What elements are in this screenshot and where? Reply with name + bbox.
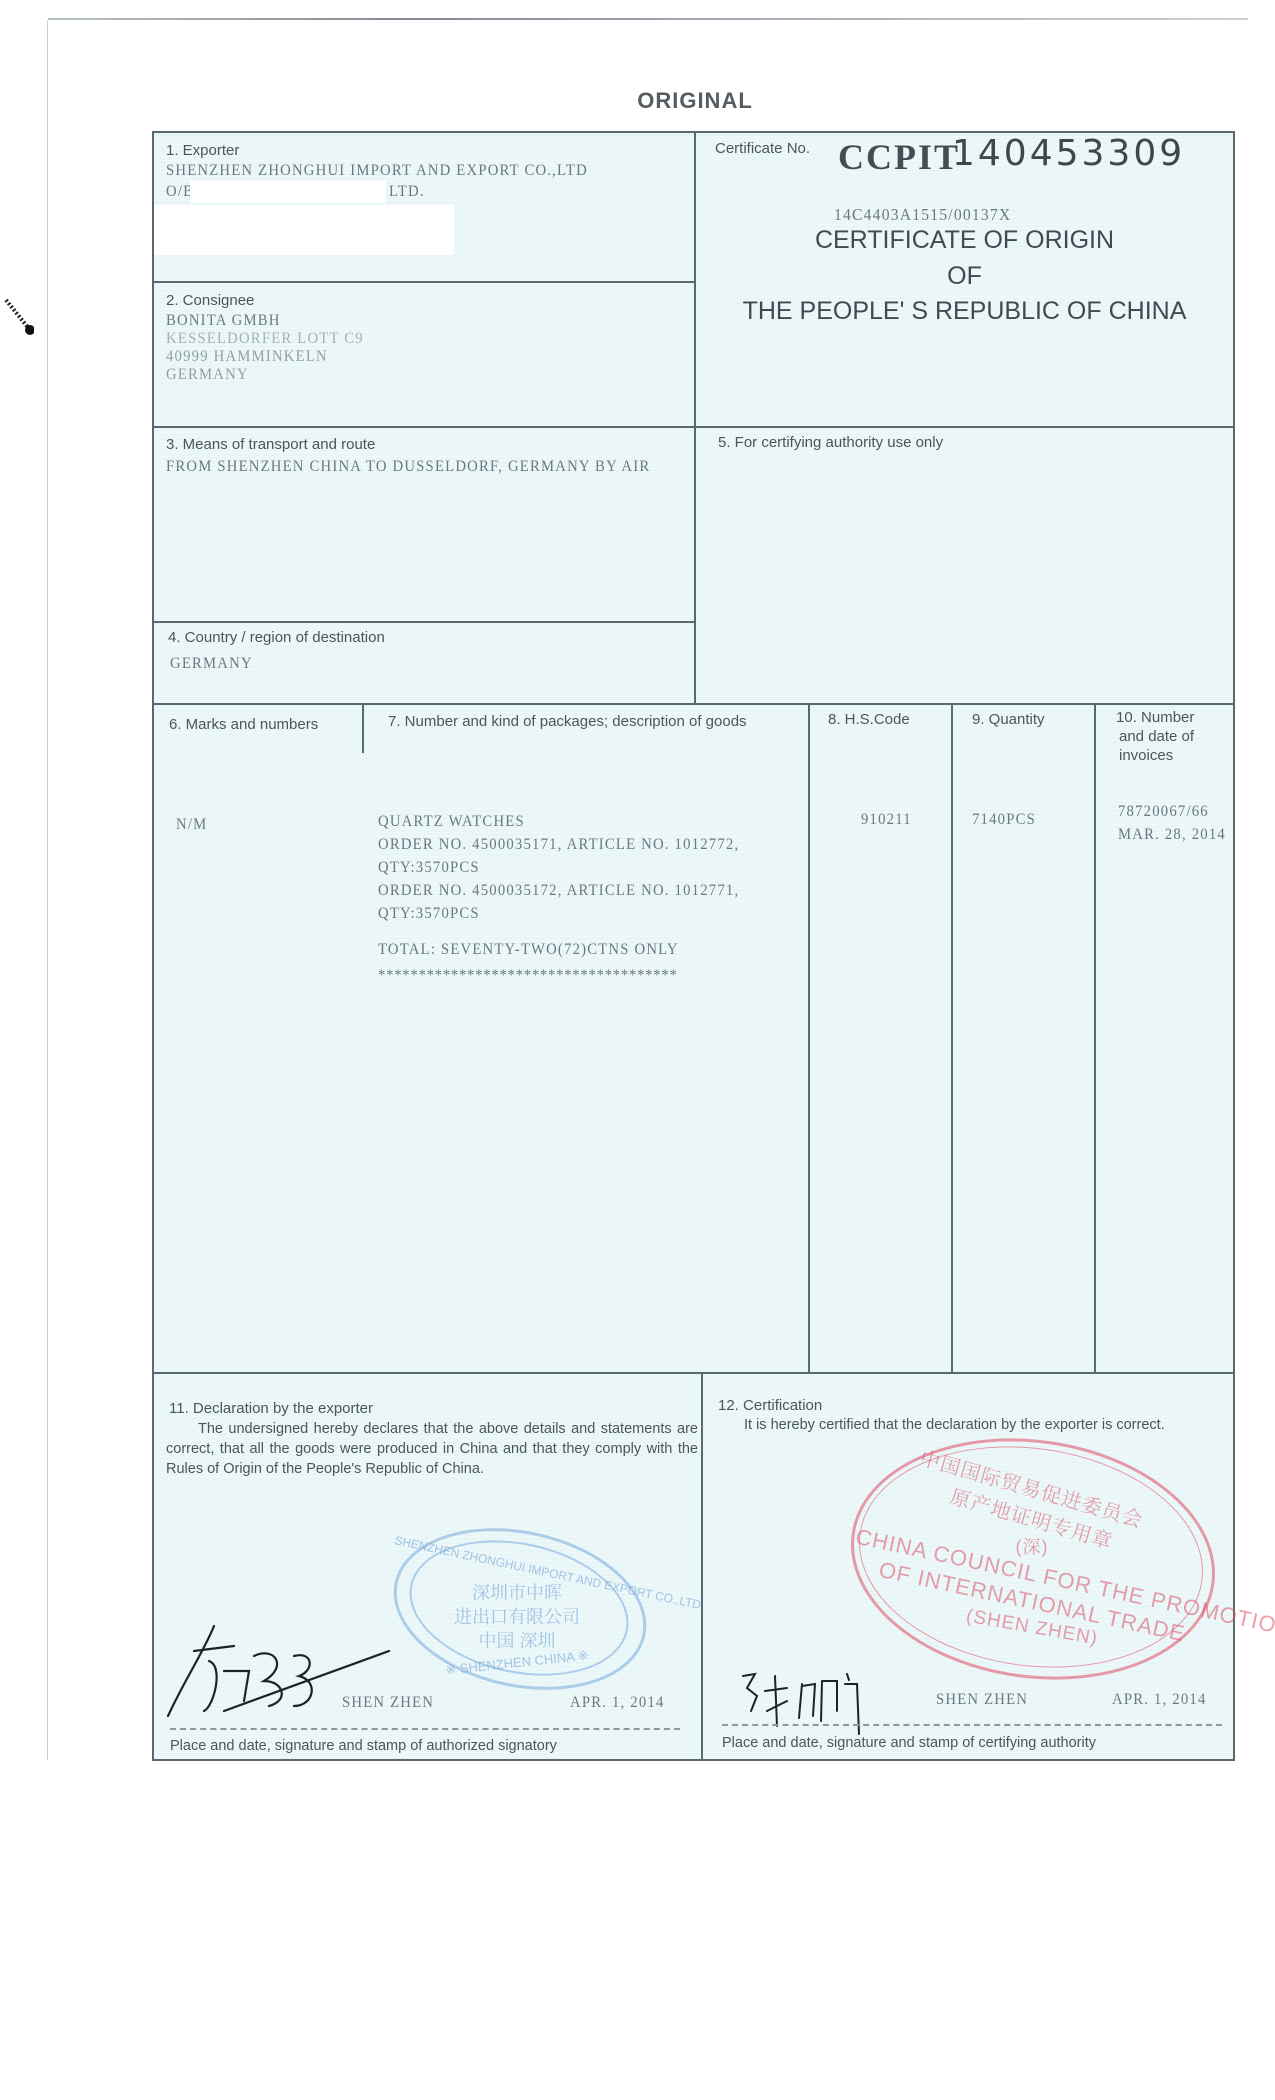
redaction-block [154,205,454,255]
certificate-form: 1. Exporter SHENZHEN ZHONGHUI IMPORT AND… [152,131,1235,1761]
consignee-label: 2. Consignee [166,292,254,309]
description-stars: ************************************* [378,967,678,985]
divider-col-6-7 [362,703,364,753]
transport-label: 3. Means of transport and route [166,436,375,453]
divider-lower-vertical [701,1372,703,1761]
document-title: ORIGINAL [0,88,1275,114]
consignee-line-1: BONITA GMBH [166,312,281,330]
divider-exporter-consignee [152,281,696,283]
exporter-stamp-line-2: 进出口有限公司 [392,1603,642,1629]
certificate-title-line-3: THE PEOPLE' S REPUBLIC OF CHINA [696,297,1233,326]
declaration-place: SHEN ZHEN [342,1694,434,1712]
divider-col-9-10 [1094,703,1096,1373]
divider-col-7-8 [808,703,810,1373]
certificate-title-line-1: CERTIFICATE OF ORIGIN [696,226,1233,255]
divider-row-3 [152,426,1235,428]
certification-place: SHEN ZHEN [936,1691,1028,1709]
invoice-number-value: 78720067/66 [1118,803,1209,821]
divider-goods-top [152,703,1235,705]
certificate-number: 140453309 [952,133,1185,174]
certification-caption: Place and date, signature and stamp of c… [722,1735,1096,1751]
divider-goods-bottom [152,1372,1235,1374]
form-border-left [152,131,154,1761]
description-line-2: ORDER NO. 4500035171, ARTICLE NO. 101277… [378,836,739,854]
certificate-no-label: Certificate No. [715,140,810,157]
col-invoice-header-3: invoices [1119,747,1173,764]
description-line-4: ORDER NO. 4500035172, ARTICLE NO. 101277… [378,882,739,900]
redaction-block [190,181,386,203]
authority-use-label: 5. For certifying authority use only [718,434,943,451]
exporter-stamp-line-1: 深圳市中晖 [392,1579,642,1605]
consignee-line-4: GERMANY [166,366,249,384]
col-invoice-header-2: and date of [1119,728,1194,745]
declaration-date: APR. 1, 2014 [570,1694,665,1712]
declaration-caption: Place and date, signature and stamp of a… [170,1738,557,1754]
form-border-right [1233,131,1235,1761]
certification-signature-line [722,1724,1222,1726]
certification-date: APR. 1, 2014 [1112,1691,1207,1709]
declaration-label: 11. Declaration by the exporter [169,1400,373,1417]
exporter-label: 1. Exporter [166,142,239,159]
description-line-1: QUARTZ WATCHES [378,813,525,831]
col-quantity-header: 9. Quantity [972,711,1045,728]
certification-text: It is hereby certified that the declarat… [744,1415,1165,1435]
marks-value: N/M [176,816,207,834]
quantity-value: 7140PCS [972,811,1036,829]
certification-label: 12. Certification [718,1397,822,1414]
scan-speck [4,298,34,338]
exporter-line-2-suffix: LTD. [389,183,425,201]
col-marks-header: 6. Marks and numbers [169,716,318,733]
divider-col-8-9 [951,703,953,1373]
exporter-line-1: SHENZHEN ZHONGHUI IMPORT AND EXPORT CO.,… [166,162,588,180]
page-left-edge [47,20,48,1760]
destination-value: GERMANY [170,655,253,673]
page-top-edge [48,18,1248,20]
consignee-line-2: KESSELDORFER LOTT C9 [166,330,364,348]
divider-upper-vertical [694,131,696,703]
consignee-line-3: 40999 HAMMINKELN [166,348,328,366]
destination-label: 4. Country / region of destination [168,629,385,646]
col-invoice-header-1: 10. Number [1116,709,1194,726]
certificate-reference: 14C4403A1515/00137X [834,205,1011,225]
declaration-text: The undersigned hereby declares that the… [166,1419,698,1479]
description-line-3: QTY:3570PCS [378,859,480,877]
transport-value: FROM SHENZHEN CHINA TO DUSSELDORF, GERMA… [166,458,650,476]
col-hscode-header: 8. H.S.Code [828,711,910,728]
description-line-5: QTY:3570PCS [378,905,480,923]
certificate-title-line-2: OF [696,262,1233,291]
divider-row-4 [152,621,696,623]
invoice-date-value: MAR. 28, 2014 [1118,826,1226,844]
hscode-value: 910211 [861,811,912,829]
col-description-header: 7. Number and kind of packages; descript… [388,713,747,730]
declaration-signature-line [170,1728,680,1730]
certificate-prefix: CCPIT [838,136,960,178]
description-total: TOTAL: SEVENTY-TWO(72)CTNS ONLY [378,941,679,959]
form-border-bottom [152,1759,1235,1761]
